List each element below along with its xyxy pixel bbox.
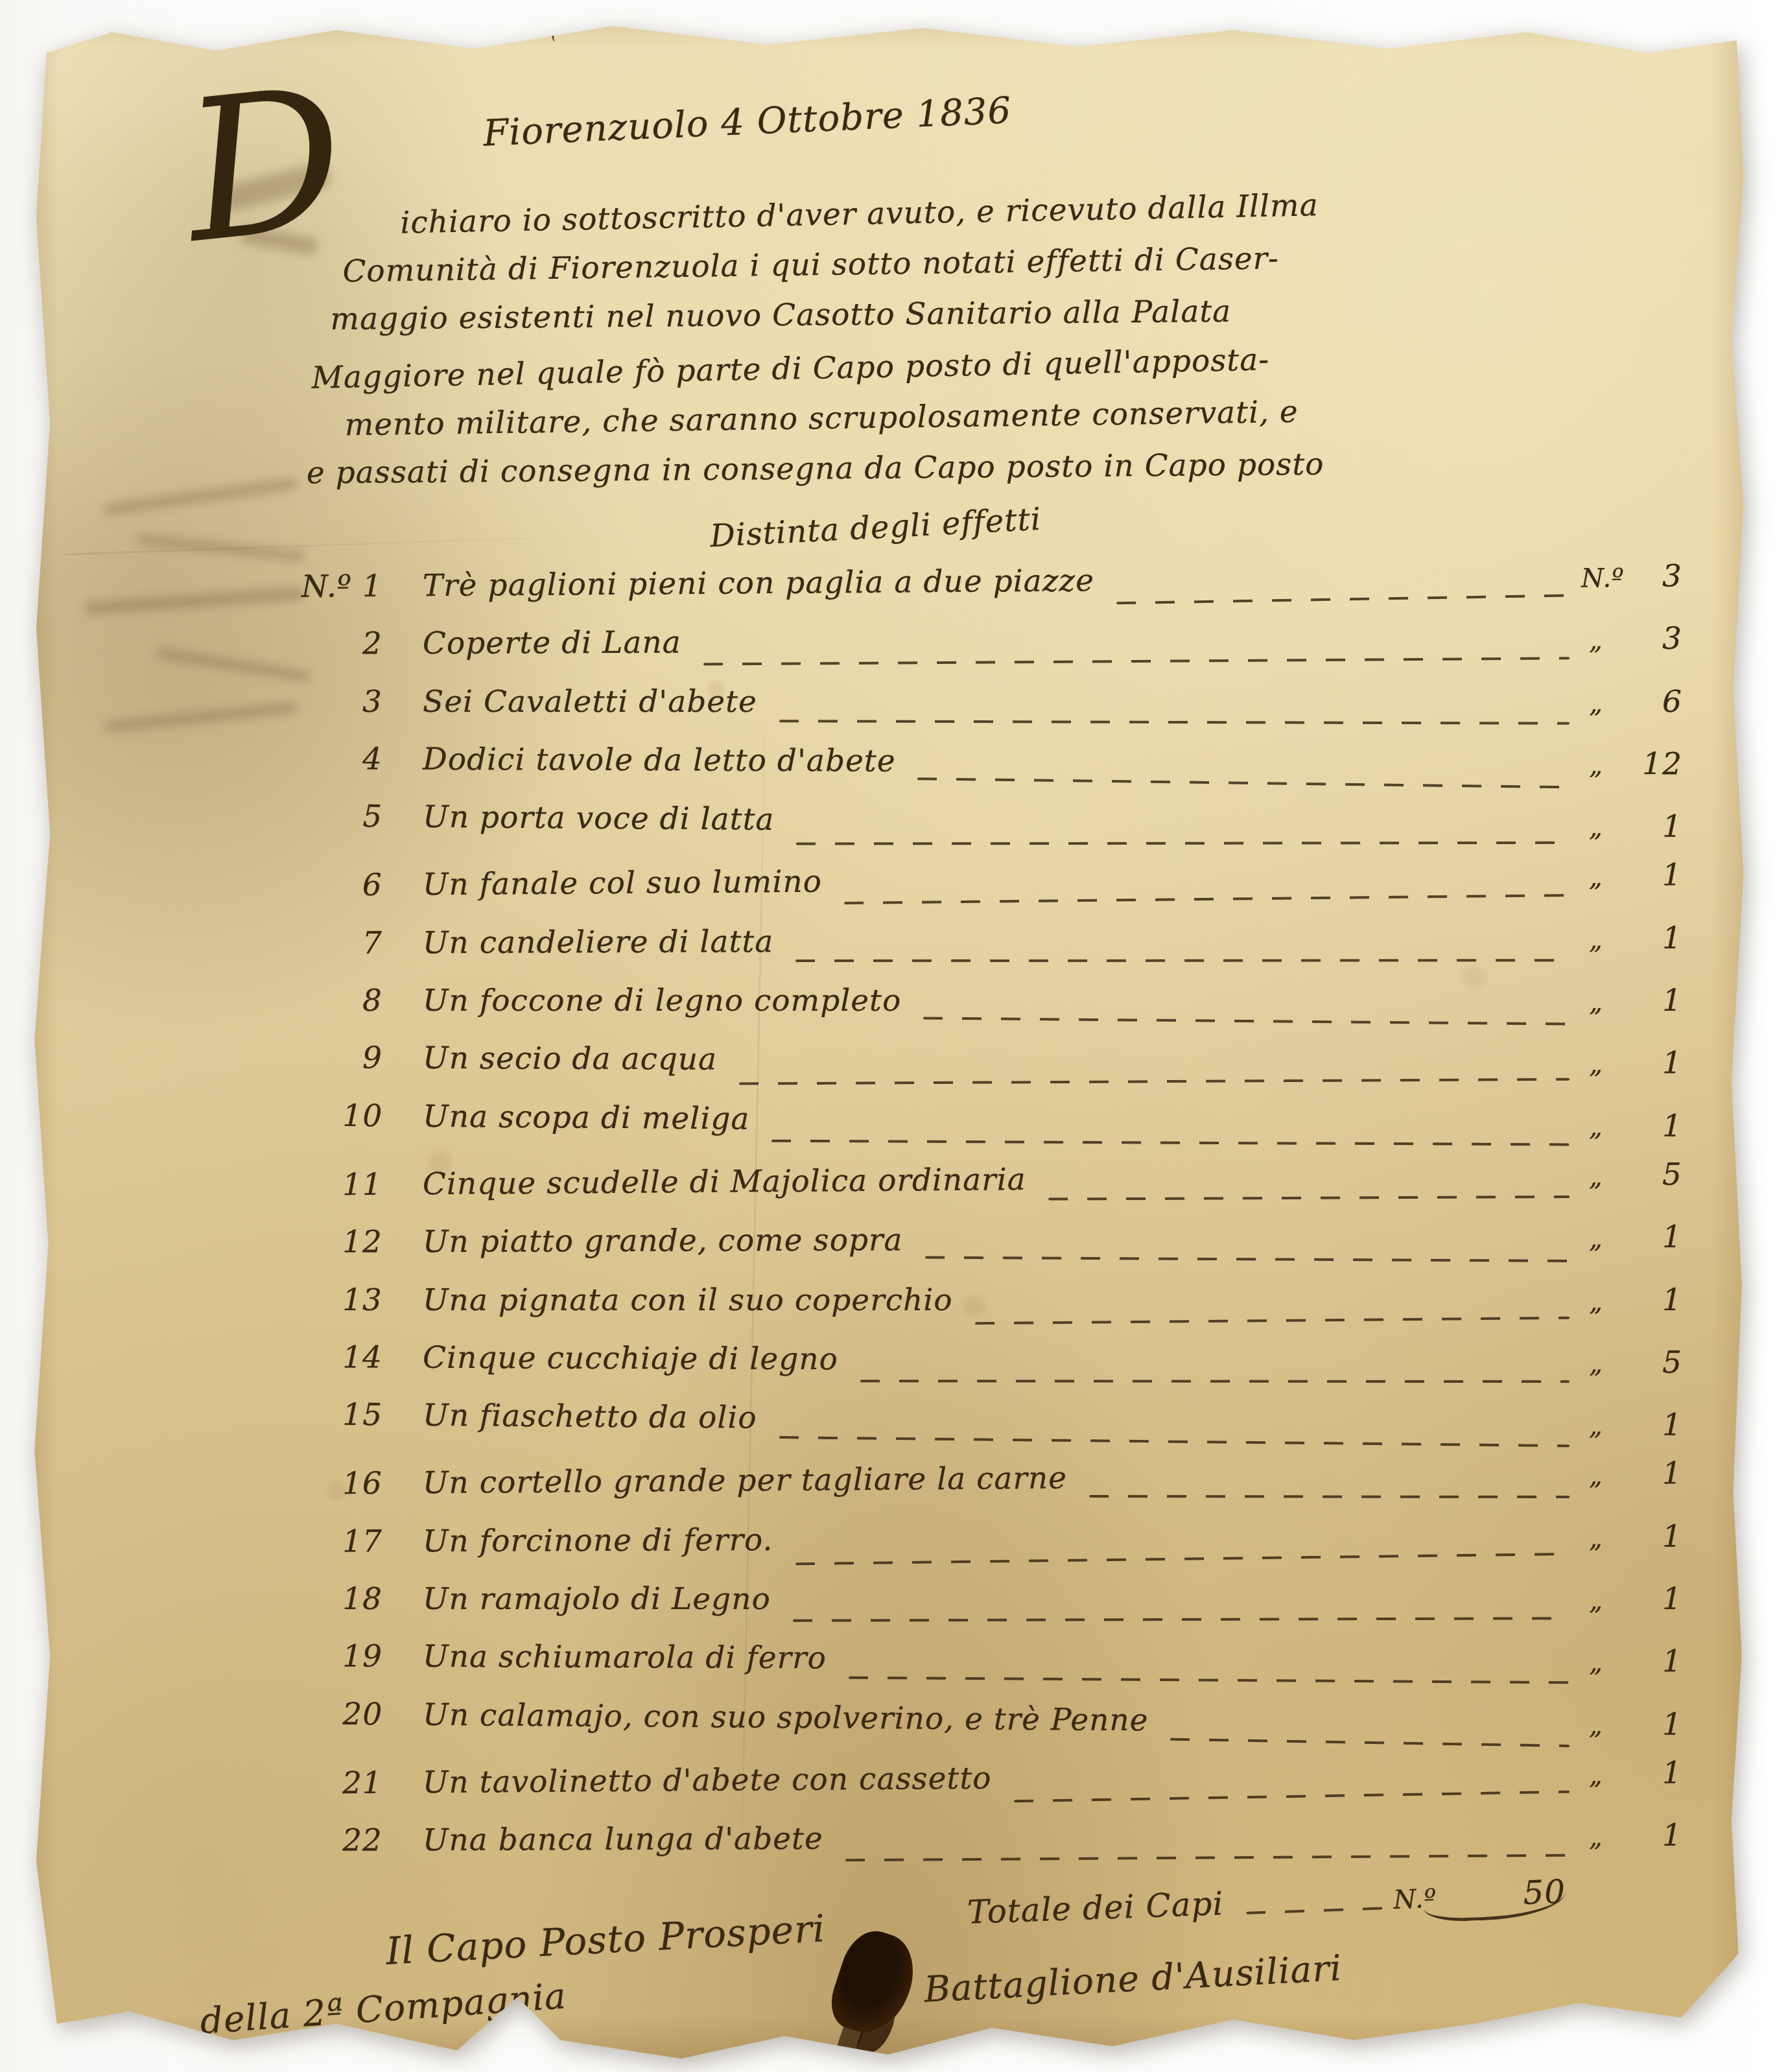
ditto-mark: N.º (1581, 563, 1611, 593)
item-number: 9 (220, 1040, 382, 1076)
item-number: 12 (220, 1225, 382, 1261)
item-number: 16 (220, 1466, 382, 1503)
inventory-row: 16Un cortello grande per tagliare la car… (220, 1456, 1683, 1527)
item-number: 8 (220, 983, 382, 1018)
ditto-mark: „ (1581, 1461, 1611, 1491)
item-number: 13 (220, 1282, 382, 1318)
dash-leader (1048, 1195, 1570, 1201)
item-description: Dodici tavole da letto d'abete (423, 742, 896, 779)
dash-leader (779, 1436, 1569, 1447)
inventory-row: 3Sei Cavaletti d'abete„6 (220, 684, 1682, 744)
item-quantity: 1 (1611, 920, 1682, 956)
item-description: Un candeliere di latta (423, 924, 774, 961)
ditto-mark: „ (1581, 626, 1611, 655)
dash-leader (1014, 1791, 1570, 1802)
dash-leader (917, 777, 1569, 788)
item-number: 18 (220, 1581, 382, 1617)
declaration-paragraph: ichiaro io sottoscritto d'aver avuto, e … (303, 176, 1720, 502)
ditto-mark: „ (1581, 1710, 1611, 1740)
item-quantity: 12 (1611, 746, 1682, 782)
document-paper: Fiorenzuolo 4 Ottobre 1836 D ichiaro io … (26, 12, 1750, 2067)
item-quantity: 5 (1611, 1157, 1682, 1193)
total-label: Totale dei Capi (967, 1885, 1224, 1931)
item-number: 3 (220, 684, 382, 720)
item-quantity: 1 (1611, 1456, 1682, 1492)
inventory-row: 9Un secio da acqua„1 (220, 1040, 1682, 1105)
item-number: 19 (220, 1638, 382, 1675)
scanner-background: Fiorenzuolo 4 Ottobre 1836 D ichiaro io … (0, 0, 1777, 2072)
inventory-row: 14Cinque cucchiaje di legno„5 (220, 1339, 1682, 1405)
item-number: 20 (220, 1695, 382, 1732)
item-quantity: 1 (1611, 858, 1682, 894)
inventory-row: 2Coperte di Lana„3 (220, 621, 1682, 687)
inventory-row: 20Un calamajo, con suo spolverino, e trè… (220, 1695, 1683, 1767)
item-number: 10 (220, 1097, 382, 1134)
item-quantity: 3 (1611, 621, 1682, 657)
inventory-row: 19Una schiumarola di ferro„1 (220, 1638, 1682, 1704)
item-number: 14 (220, 1339, 382, 1376)
item-description: Coperte di Lana (423, 625, 681, 662)
item-quantity: 1 (1611, 1407, 1682, 1443)
ditto-mark: „ (1581, 751, 1611, 781)
scanned-document-page: { "document": { "date_line": "Fiorenzuol… (0, 0, 1777, 2072)
signature-line-2-left: della 2ª Compagnia (198, 1975, 567, 2042)
ink-bleed-smudge (104, 478, 298, 515)
item-description: Un secio da acqua (423, 1041, 717, 1077)
ink-blot (823, 1924, 924, 2043)
item-description: Trè paglioni pieni con paglia a due piaz… (423, 563, 1095, 604)
signature-line-1: Il Capo Posto Prosperi (385, 1906, 827, 1973)
ditto-mark: „ (1581, 689, 1611, 718)
paper-wrap: Fiorenzuolo 4 Ottobre 1836 D ichiaro io … (26, 12, 1750, 2067)
item-number: N.º 1 (220, 569, 382, 606)
item-description: Una pignata con il suo coperchio (423, 1282, 953, 1318)
inventory-row: 21Un tavolinetto d'abete con cassetto„1 (220, 1755, 1683, 1826)
inventory-row: 17Un forcinone di ferro.„1 (220, 1518, 1682, 1584)
ditto-mark: „ (1581, 1112, 1611, 1142)
item-quantity: 3 (1611, 558, 1682, 595)
ditto-mark: „ (1581, 1760, 1611, 1790)
item-number: 22 (220, 1823, 382, 1859)
item-number: 11 (220, 1167, 382, 1204)
ditto-mark: „ (1581, 813, 1611, 843)
inventory-row: 4Dodici tavole da letto d'abete„12 (220, 741, 1682, 806)
dash-leader (793, 1617, 1570, 1622)
signature-line-2-right: Battaglione d'Ausiliari (923, 1947, 1343, 2010)
item-number: 15 (220, 1396, 382, 1433)
ditto-mark: „ (1581, 1287, 1611, 1317)
inventory-row: 8Un foccone di legno completo„1 (220, 983, 1682, 1042)
dash-leader (703, 657, 1570, 666)
dash-leader (845, 1854, 1570, 1862)
item-number: 21 (220, 1765, 382, 1802)
item-description: Una scopa di meliga (423, 1098, 750, 1136)
inventory-row: 13Una pignata con il suo coperchio„1 (220, 1282, 1682, 1342)
inventory-row: N.º 1Trè paglioni pieni con paglia a due… (220, 558, 1683, 630)
ditto-mark: „ (1581, 925, 1611, 955)
date-line: Fiorenzuolo 4 Ottobre 1836 (482, 89, 1012, 155)
dash-leader (1116, 595, 1570, 605)
red-stain (974, 2033, 1022, 2063)
inventory-row: 11Cinque scudelle di Majolica ordinaria„… (220, 1157, 1683, 1228)
item-quantity: 6 (1611, 684, 1682, 720)
item-description: Un fanale col suo lumino (423, 864, 822, 903)
item-quantity: 1 (1611, 808, 1682, 845)
item-quantity: 1 (1611, 1755, 1682, 1791)
ditto-mark: „ (1581, 1162, 1611, 1192)
dash-leader (975, 1317, 1570, 1324)
item-quantity: 1 (1611, 1107, 1682, 1144)
item-quantity: 1 (1611, 1706, 1682, 1742)
total-number-sign: N.º (1393, 1884, 1424, 1915)
ditto-mark: „ (1581, 1822, 1611, 1852)
ditto-mark: „ (1581, 1411, 1611, 1441)
item-description: Un foccone di legno completo (423, 983, 901, 1018)
item-quantity: 1 (1611, 1581, 1682, 1617)
item-description: Un ramajolo di Legno (423, 1581, 771, 1617)
ditto-mark: „ (1581, 987, 1611, 1017)
inventory-row: 18Un ramajolo di Legno„1 (220, 1581, 1682, 1641)
item-quantity: 1 (1611, 1818, 1682, 1854)
item-description: Un piatto grande, come sopra (423, 1223, 903, 1260)
dash-leader (796, 842, 1570, 845)
item-description: Un forcinone di ferro. (423, 1522, 773, 1559)
ditto-mark: „ (1581, 1586, 1611, 1616)
stray-pen-mark (549, 16, 569, 44)
item-number: 2 (220, 626, 382, 663)
dash-leader (739, 1078, 1570, 1085)
inventory-row: 10Una scopa di meliga„1 (220, 1097, 1683, 1168)
dash-leader (925, 1256, 1570, 1262)
item-quantity: 1 (1611, 983, 1682, 1018)
item-quantity: 1 (1611, 1282, 1682, 1318)
list-title: Distinta degli effetti (709, 501, 1042, 555)
item-description: Un tavolinetto d'abete con cassetto (423, 1760, 992, 1800)
inventory-list: N.º 1Trè paglioni pieni con paglia a due… (220, 564, 1682, 1881)
dash-leader (795, 959, 1570, 962)
ditto-mark: „ (1581, 1524, 1611, 1553)
inventory-row: 7Un candeliere di latta„1 (220, 920, 1682, 985)
ditto-mark: „ (1581, 863, 1611, 893)
ditto-mark: „ (1581, 1224, 1611, 1254)
total-value: 50 (1422, 1873, 1566, 1923)
dash-leader (1089, 1496, 1570, 1499)
item-number: 6 (220, 867, 382, 904)
dash-leader (771, 1140, 1570, 1146)
inventory-row: 12Un piatto grande, come sopra„1 (220, 1219, 1682, 1285)
inventory-row: 6Un fanale col suo lumino„1 (220, 858, 1683, 929)
item-description: Una banca lunga d'abete (423, 1821, 823, 1858)
ditto-mark: „ (1581, 1648, 1611, 1678)
item-description: Sei Cavaletti d'abete (423, 684, 757, 720)
item-description: Un calamajo, con suo spolverino, e trè P… (423, 1697, 1149, 1738)
item-number: 7 (220, 925, 382, 961)
dash-leader (1170, 1738, 1570, 1747)
item-description: Un fiaschetto da olio (423, 1398, 757, 1436)
inventory-row: 15Un fiaschetto da olio„1 (220, 1396, 1683, 1467)
item-quantity: 5 (1611, 1345, 1682, 1380)
ditto-mark: „ (1581, 1349, 1611, 1379)
inventory-row: 5Un porta voce di latta„1 (220, 798, 1683, 869)
inventory-row: 22Una banca lunga d'abete„1 (220, 1818, 1682, 1883)
item-quantity: 1 (1611, 1045, 1682, 1081)
dash-leader (923, 1017, 1570, 1026)
item-quantity: 1 (1611, 1643, 1682, 1679)
item-description: Un porta voce di latta (423, 799, 775, 838)
ditto-mark: „ (1581, 1050, 1611, 1079)
item-quantity: 1 (1611, 1518, 1682, 1554)
item-number: 5 (220, 798, 382, 835)
total-dash-leader (1246, 1907, 1382, 1914)
dash-leader (779, 720, 1570, 725)
item-description: Cinque scudelle di Majolica ordinaria (423, 1162, 1026, 1202)
dash-leader (860, 1380, 1570, 1383)
dash-leader (844, 895, 1570, 905)
horizontal-crease (65, 533, 648, 555)
dash-leader (849, 1677, 1570, 1684)
dash-leader (795, 1553, 1570, 1566)
item-quantity: 1 (1611, 1219, 1682, 1255)
item-description: Un cortello grande per tagliare la carne (423, 1461, 1067, 1501)
item-description: Una schiumarola di ferro (423, 1639, 827, 1676)
item-number: 17 (220, 1524, 382, 1560)
item-number: 4 (220, 741, 382, 777)
item-description: Cinque cucchiaje di legno (423, 1340, 838, 1377)
